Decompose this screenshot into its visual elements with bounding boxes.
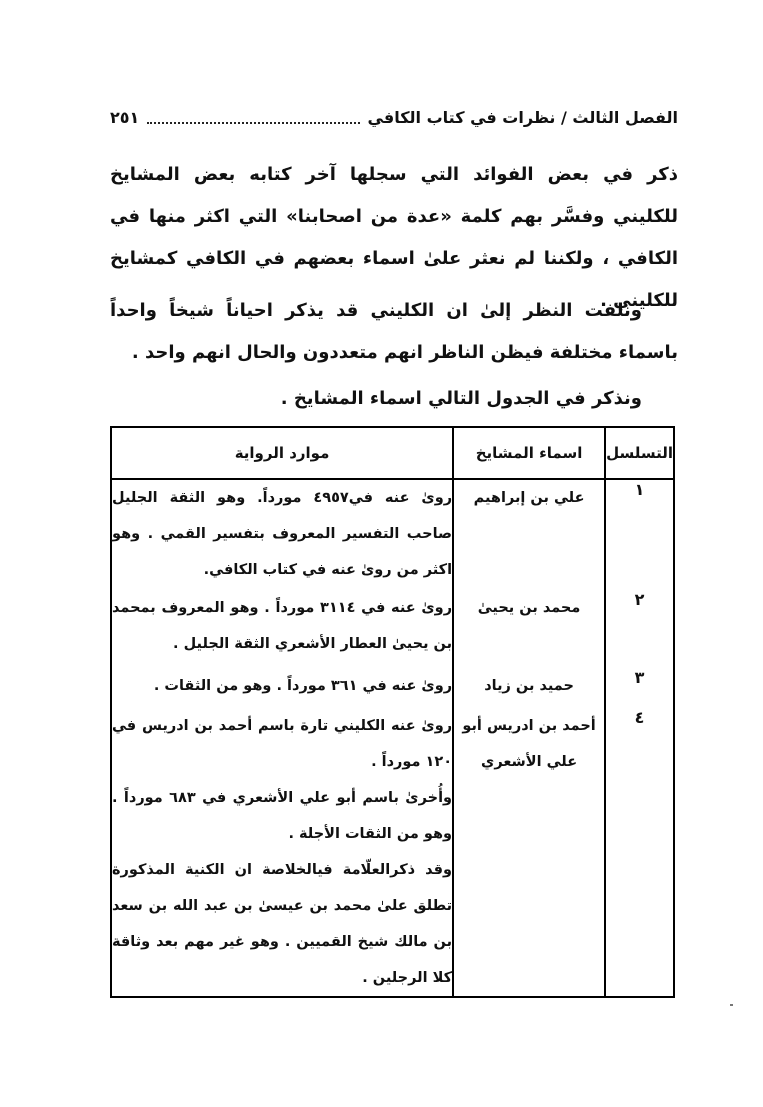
row-sequence: ٢ — [605, 590, 674, 668]
table-row: ٤ أحمد بن ادريس أبو علي الأشعري رویٰ عنه… — [111, 708, 674, 997]
header-names: اسماء المشايخ — [453, 427, 605, 479]
source-text: وقد ذكرالعلّامة فيالخلاصة ان الكنية المذ… — [112, 852, 452, 996]
row-sources: رویٰ عنه في ٣١١٤ مورداً . وهو المعروف بم… — [111, 590, 453, 668]
page-number: ٢٥١ — [110, 108, 139, 127]
row-sequence: ٤ — [605, 708, 674, 997]
source-text: رویٰ عنه في٤٩٥٧ مورداً. وهو الثقة الجليل… — [112, 480, 452, 588]
table-header-row: التسلسل اسماء المشايخ موارد الرواية — [111, 427, 674, 479]
dot-leader — [147, 114, 359, 124]
name-line: علي بن إبراهيم — [474, 490, 585, 506]
book-page: الفصل الثالث / نظرات في كتاب الكافي ٢٥١ … — [0, 0, 763, 1107]
name-line: حميد بن زياد — [484, 678, 574, 694]
source-text: رویٰ عنه في ٣١١٤ مورداً . وهو المعروف بم… — [112, 590, 452, 662]
header-sequence: التسلسل — [605, 427, 674, 479]
table-row: ١ علي بن إبراهيم رویٰ عنه في٤٩٥٧ مورداً.… — [111, 479, 674, 590]
paragraph-note: ونلفت النظر إلىٰ ان الكليني قد يذكر احيا… — [110, 290, 678, 374]
paragraph-table-intro: ونذكر في الجدول التالي اسماء المشايخ . — [110, 378, 678, 420]
row-sources: رویٰ عنه الكليني تارة باسم أحمد بن ادريس… — [111, 708, 453, 997]
name-line: أحمد بن ادريس — [487, 718, 596, 734]
row-sequence: ١ — [605, 479, 674, 590]
chapter-title: الفصل الثالث / نظرات في كتاب الكافي — [368, 108, 678, 127]
source-text: رویٰ عنه في ٣٦١ مورداً . وهو من الثقات . — [112, 668, 452, 704]
table-row: ٣ حميد بن زياد رویٰ عنه في ٣٦١ مورداً . … — [111, 668, 674, 708]
header-sources: موارد الرواية — [111, 427, 453, 479]
row-name: علي بن إبراهيم — [453, 479, 605, 590]
row-sequence: ٣ — [605, 668, 674, 708]
row-sources: رویٰ عنه في٤٩٥٧ مورداً. وهو الثقة الجليل… — [111, 479, 453, 590]
shaykhs-table: التسلسل اسماء المشايخ موارد الرواية ١ عل… — [110, 426, 675, 998]
source-text: رویٰ عنه الكليني تارة باسم أحمد بن ادريس… — [112, 708, 452, 780]
row-name: حميد بن زياد — [453, 668, 605, 708]
table-row: ٢ محمد بن يحيىٰ رویٰ عنه في ٣١١٤ مورداً … — [111, 590, 674, 668]
name-line: محمد بن يحيىٰ — [478, 600, 581, 616]
source-text: وأُخرىٰ باسم أبو علي الأشعري في ٦٨٣ مورد… — [112, 780, 452, 852]
row-name: محمد بن يحيىٰ — [453, 590, 605, 668]
row-name: أحمد بن ادريس أبو علي الأشعري — [453, 708, 605, 997]
running-header: الفصل الثالث / نظرات في كتاب الكافي ٢٥١ — [110, 104, 678, 130]
scan-speck — [730, 1004, 733, 1006]
row-sources: رویٰ عنه في ٣٦١ مورداً . وهو من الثقات . — [111, 668, 453, 708]
